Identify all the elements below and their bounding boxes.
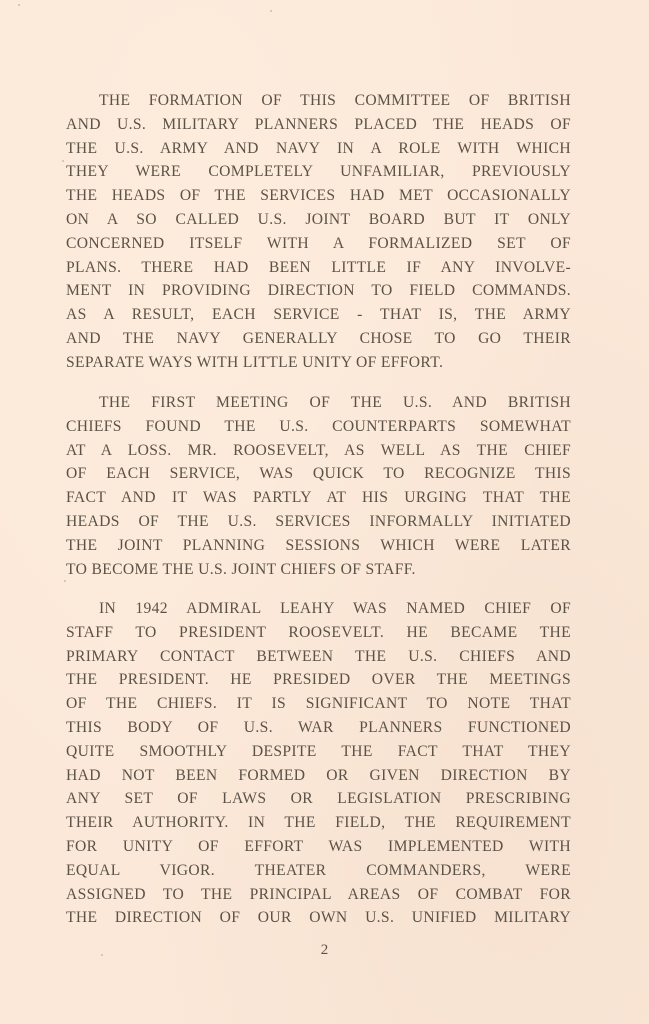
text-line: HAD NOT BEEN FORMED OR GIVEN DIRECTION B… (66, 764, 571, 788)
text-line: HEADS OF THE U.S. SERVICES INFORMALLY IN… (66, 510, 571, 534)
text-line: THE HEADS OF THE SERVICES HAD MET OCCASI… (66, 184, 571, 208)
text-line: ANY SET OF LAWS OR LEGISLATION PRESCRIBI… (66, 787, 571, 811)
text-line: THEY WERE COMPLETELY UNFAMILIAR, PREVIOU… (66, 160, 571, 184)
text-line: CHIEFS FOUND THE U.S. COUNTERPARTS SOMEW… (66, 415, 571, 439)
text-line: IN 1942 ADMIRAL LEAHY WAS NAMED CHIEF OF (66, 597, 571, 621)
paper-speck (62, 160, 64, 162)
paper-speck (18, 4, 20, 6)
paragraph-admiral-leahy: IN 1942 ADMIRAL LEAHY WAS NAMED CHIEF OF… (66, 597, 571, 930)
paper-speck (101, 954, 103, 956)
text-line: THE DIRECTION OF OUR OWN U.S. UNIFIED MI… (66, 906, 571, 930)
text-line: THE FIRST MEETING OF THE U.S. AND BRITIS… (66, 391, 571, 415)
text-line: QUITE SMOOTHLY DESPITE THE FACT THAT THE… (66, 740, 571, 764)
text-line: THEIR AUTHORITY. IN THE FIELD, THE REQUI… (66, 811, 571, 835)
text-line: PLANS. THERE HAD BEEN LITTLE IF ANY INVO… (66, 256, 571, 280)
text-line: ASSIGNED TO THE PRINCIPAL AREAS OF COMBA… (66, 883, 571, 907)
text-line: OF THE CHIEFS. IT IS SIGNIFICANT TO NOTE… (66, 692, 571, 716)
text-line: TO BECOME THE U.S. JOINT CHIEFS OF STAFF… (66, 558, 571, 582)
paper-speck (64, 580, 66, 582)
text-line: CONCERNED ITSELF WITH A FORMALIZED SET O… (66, 232, 571, 256)
text-line: STAFF TO PRESIDENT ROOSEVELT. HE BECAME … (66, 621, 571, 645)
text-line: SEPARATE WAYS WITH LITTLE UNITY OF EFFOR… (66, 351, 571, 375)
page-number: 2 (0, 939, 649, 961)
text-line: THE PRESIDENT. HE PRESIDED OVER THE MEET… (66, 668, 571, 692)
paper-speck (270, 10, 272, 12)
text-line: AS A RESULT, EACH SERVICE - THAT IS, THE… (66, 303, 571, 327)
text-line: THE JOINT PLANNING SESSIONS WHICH WERE L… (66, 534, 571, 558)
text-line: THE U.S. ARMY AND NAVY IN A ROLE WITH WH… (66, 137, 571, 161)
text-line: AND U.S. MILITARY PLANNERS PLACED THE HE… (66, 113, 571, 137)
text-line: FACT AND IT WAS PARTLY AT HIS URGING THA… (66, 486, 571, 510)
text-line: EQUAL VIGOR. THEATER COMMANDERS, WERE (66, 859, 571, 883)
text-line: OF EACH SERVICE, WAS QUICK TO RECOGNIZE … (66, 462, 571, 486)
text-line: THE FORMATION OF THIS COMMITTEE OF BRITI… (66, 89, 571, 113)
text-line: ON A SO CALLED U.S. JOINT BOARD BUT IT O… (66, 208, 571, 232)
text-line: THIS BODY OF U.S. WAR PLANNERS FUNCTIONE… (66, 716, 571, 740)
text-line: PRIMARY CONTACT BETWEEN THE U.S. CHIEFS … (66, 645, 571, 669)
paragraph-committee-formation: THE FORMATION OF THIS COMMITTEE OF BRITI… (66, 89, 571, 375)
text-line: AT A LOSS. MR. ROOSEVELT, AS WELL AS THE… (66, 439, 571, 463)
text-line: AND THE NAVY GENERALLY CHOSE TO GO THEIR (66, 327, 571, 351)
text-line: FOR UNITY OF EFFORT WAS IMPLEMENTED WITH (66, 835, 571, 859)
text-line: MENT IN PROVIDING DIRECTION TO FIELD COM… (66, 279, 571, 303)
document-page: THE FORMATION OF THIS COMMITTEE OF BRITI… (0, 0, 649, 1024)
paragraph-first-meeting: THE FIRST MEETING OF THE U.S. AND BRITIS… (66, 391, 571, 581)
